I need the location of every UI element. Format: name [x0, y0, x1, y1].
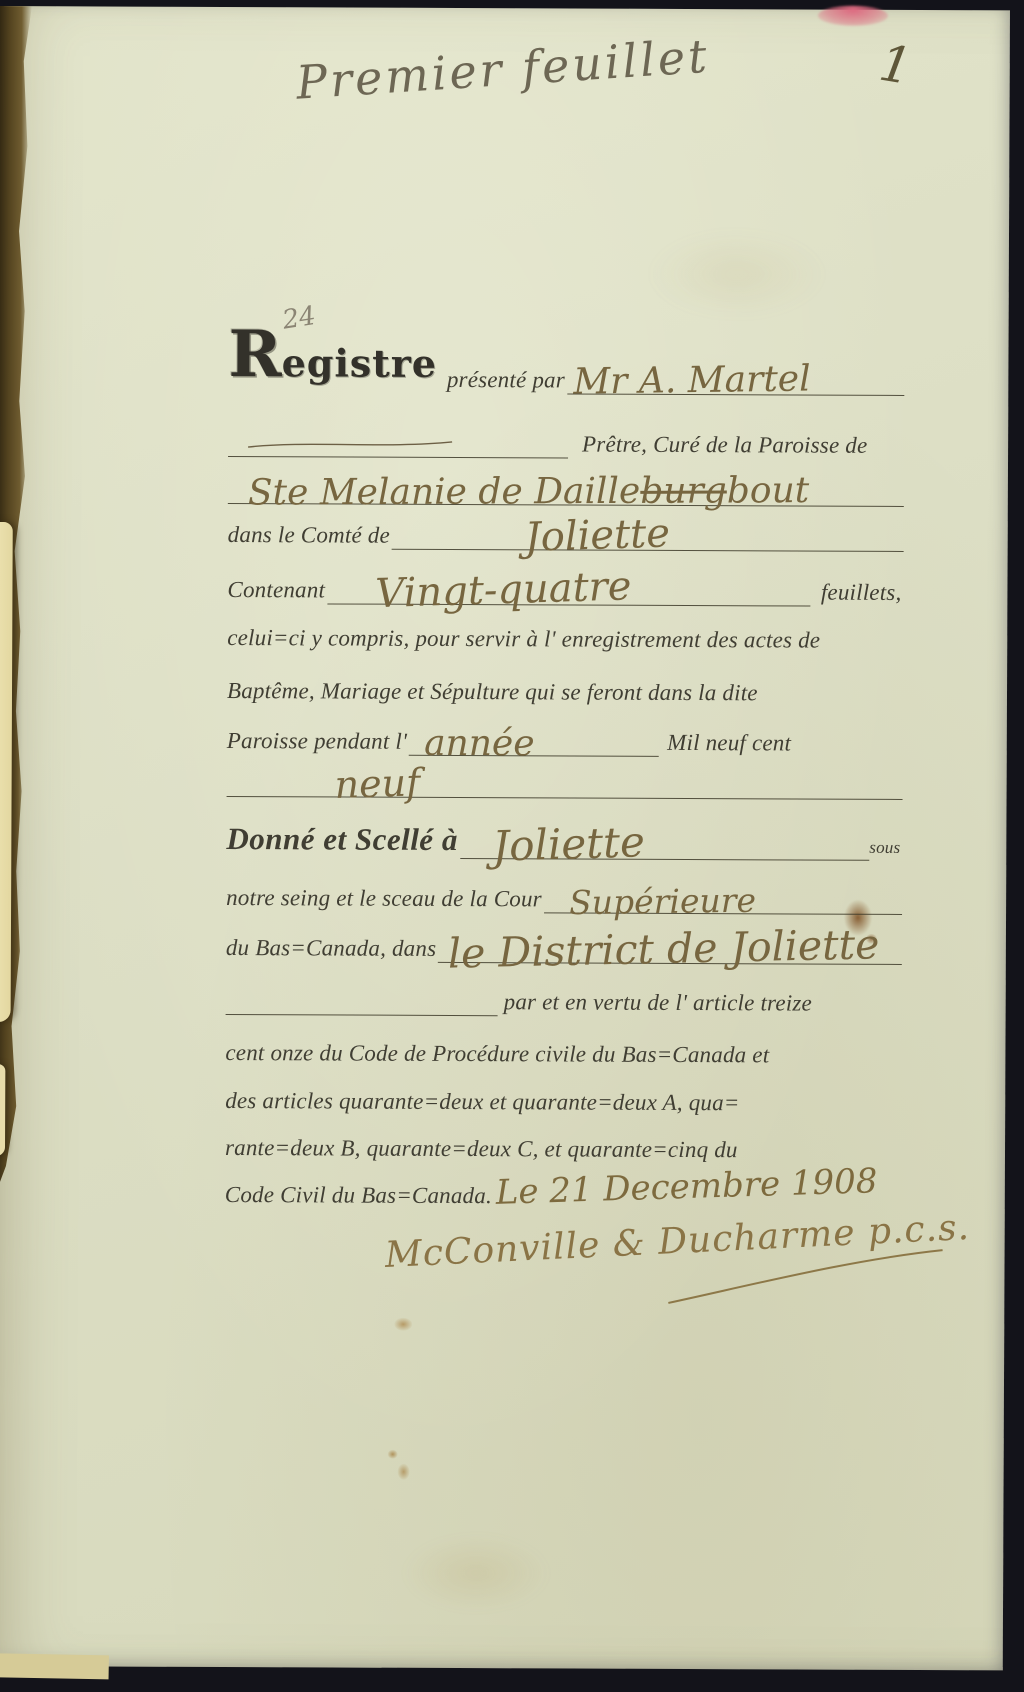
form-line-contenant: Contenant Vingt-quatre feuillets, [227, 558, 903, 607]
printed-text: Prêtre, Curé de la Paroisse de [568, 431, 869, 459]
handwritten-entry: Joliette [492, 817, 646, 871]
printed-text: Baptême, Mariage et Sépulture qui se fer… [227, 678, 760, 707]
form-line-pretre: Prêtre, Curé de la Paroisse de [228, 411, 904, 460]
handwritten-entry: le District de Joliette [447, 920, 879, 977]
torn-page-stub [0, 522, 13, 1022]
scanned-register-page: Premier feuillet 1 24 Registre présenté … [0, 0, 1024, 1692]
form-line-code1: cent onze du Code de Procédure civile du… [225, 1021, 901, 1070]
rule-line [226, 968, 498, 1016]
form-line-cour: notre seing et le sceau de la Cour Supér… [226, 866, 902, 915]
form-line-code2: des articles quarante=deux et quarante=d… [225, 1069, 901, 1118]
top-annotation: Premier feuillet [294, 29, 711, 110]
handwritten-date: Le 21 Decembre 1908 [495, 1161, 878, 1213]
printed-text: feuillets, [811, 580, 904, 607]
torn-page-stub-small [0, 1064, 5, 1156]
printed-text: sous [869, 838, 902, 861]
rule-line: année [409, 709, 659, 757]
page-number: 1 [875, 34, 916, 96]
stain [394, 1318, 412, 1331]
handwritten-entry: Joliette [524, 510, 671, 560]
printed-text: dans le Comté de [228, 522, 392, 550]
printed-text: du Bas=Canada, dans [226, 935, 438, 963]
printed-text: des articles quarante=deux et quarante=d… [225, 1088, 741, 1117]
printed-text: par et en vertu de l' article treize [498, 989, 814, 1017]
printed-text: cent onze du Code de Procédure civile du… [225, 1040, 771, 1069]
form-line-code3: rante=deux B, quarante=deux C, et quaran… [225, 1116, 901, 1165]
form-line-donne: Donné et Scellé à Joliette sous [226, 812, 902, 861]
stain [401, 1533, 551, 1614]
printed-text: notre seing et le sceau de la Cour [226, 885, 544, 913]
printed-text: Donné et Scellé à [226, 821, 460, 859]
form-line-district: du Bas=Canada, dans le District de Jolie… [226, 916, 902, 965]
form-line-comte: dans le Comté de Joliette [228, 503, 904, 552]
printed-text: rante=deux B, quarante=deux C, et quaran… [225, 1135, 740, 1164]
underlying-page-edge [0, 1653, 109, 1679]
rule-line: Supérieure [544, 866, 902, 915]
rule-line: Joliette [392, 503, 904, 552]
form-line-bapteme: Baptême, Mariage et Sépulture qui se fer… [227, 659, 903, 708]
rule-line: le District de Joliette [438, 916, 902, 965]
rule-line: Vingt-quatre [327, 557, 811, 606]
form-line-celui: celui=ci y compris, pour servir à l' enr… [227, 606, 903, 655]
rule-line [228, 410, 568, 458]
rule-line: Joliette [460, 812, 870, 861]
form-line-registre: Registre présenté par Mr A. Martel [228, 347, 904, 396]
printed-text: celui=ci y compris, pour servir à l' enr… [227, 625, 822, 655]
stain [647, 229, 827, 320]
rule-line: neuf [227, 750, 903, 800]
form-line-paroisse-name: Ste Melanie de Dailleburgbout [228, 458, 904, 507]
handwritten-entry: neuf [334, 760, 421, 807]
handwritten-entry: Mr A. Martel [573, 358, 811, 402]
printed-text: Code Civil du Bas=Canada. [225, 1182, 494, 1210]
pink-mark [818, 6, 888, 26]
printed-text: Contenant [227, 577, 327, 604]
form-line-date: Code Civil du Bas=Canada. Le 21 Decembre… [225, 1163, 901, 1212]
registre-title: Registre [228, 317, 439, 394]
stain [398, 1464, 410, 1480]
stain [388, 1450, 398, 1459]
form-line-vertu: par et en vertu de l' article treize [226, 969, 902, 1018]
rule-line: Ste Melanie de Dailleburgbout [228, 457, 904, 507]
form-line-neuf: neuf [227, 751, 903, 800]
rule-line: Mr A. Martel [567, 347, 905, 395]
signature-flourish [660, 1237, 950, 1313]
paper: Premier feuillet 1 24 Registre présenté … [0, 6, 1010, 1670]
printed-text: présenté par [439, 367, 567, 395]
